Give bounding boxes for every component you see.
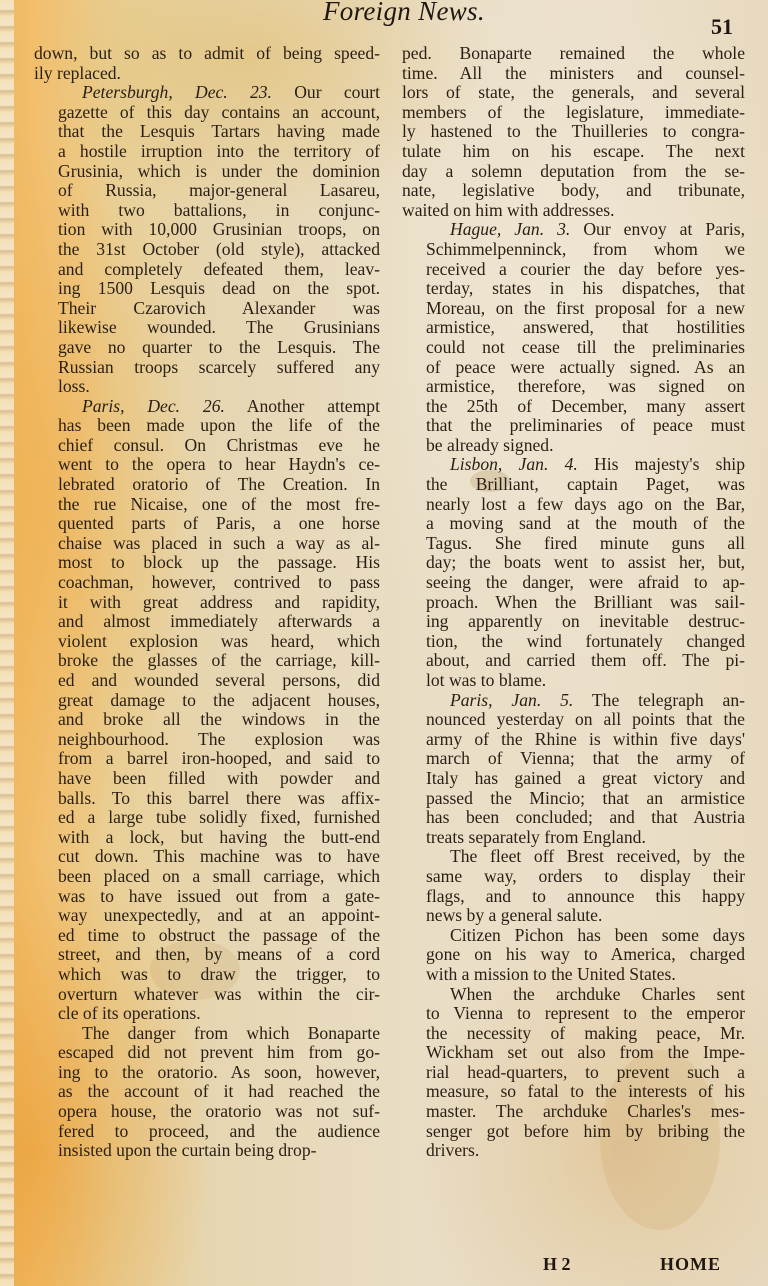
news-paragraph: The fleet off Brest received, by thesame…: [402, 847, 745, 925]
line-text: with a mission to the United States.: [426, 964, 676, 984]
text-line: ed time to obstruct the passage of the: [34, 926, 380, 946]
line-text: to Vienna to represent to the emperor: [426, 1003, 745, 1023]
line-text: loss.: [58, 376, 90, 396]
line-text: coachman, however, contrived to pass: [58, 572, 380, 592]
text-line: opera house, the oratorio was not suf-: [34, 1102, 380, 1122]
line-text: Our envoy at Paris,: [570, 219, 745, 239]
text-line: from a barrel iron-hooped, and said to: [34, 749, 380, 769]
news-paragraph: Citizen Pichon has been some daysgone on…: [402, 926, 745, 985]
line-text: day a solemn deputation from the se-: [402, 161, 745, 181]
line-text: Tagus. She fired minute guns all: [426, 533, 745, 553]
text-line: chief consul. On Christmas eve he: [34, 436, 380, 456]
line-text: most to block up the passage. His: [58, 552, 380, 572]
text-line: and completely defeated them, leav-: [34, 260, 380, 280]
text-line: has been concluded; and that Austria: [402, 808, 745, 828]
line-text: lot was to blame.: [426, 670, 546, 690]
text-line: nounced yesterday on all points that the: [402, 710, 745, 730]
text-line: great damage to the adjacent houses,: [34, 691, 380, 711]
line-text: ped. Bonaparte remained the whole: [402, 43, 745, 63]
text-line: nearly lost a few days ago on the Bar,: [402, 495, 745, 515]
line-text: a moving sand at the mouth of the: [426, 513, 745, 533]
line-text: went to the opera to hear Haydn's ce-: [58, 454, 380, 474]
line-text: passed the Mincio; that an armistice: [426, 788, 745, 808]
line-text: The telegraph an-: [573, 690, 745, 710]
text-line: lot was to blame.: [402, 671, 745, 691]
line-text: same way, orders to display their: [426, 866, 745, 886]
text-line: ed a large tube solidly fixed, furnished: [34, 808, 380, 828]
line-text: waited on him with addresses.: [402, 200, 615, 220]
line-text: which was to draw the trigger, to: [58, 964, 380, 984]
line-text: the rue Nicaise, one of the most fre-: [58, 494, 380, 514]
text-line: Russian troops scarcely suffered any: [34, 358, 380, 378]
line-text: with a lock, but having the butt-end: [58, 827, 380, 847]
line-text: time. All the ministers and counsel-: [402, 63, 745, 83]
line-text: that the Lesquis Tartars having made: [58, 121, 380, 141]
text-line: likewise wounded. The Grusinians: [34, 318, 380, 338]
text-line: a moving sand at the mouth of the: [402, 514, 745, 534]
line-text: was to have issued out from a gate-: [58, 886, 380, 906]
news-paragraph: Hague, Jan. 3. Our envoy at Paris,Schimm…: [402, 220, 745, 455]
line-text: cle of its operations.: [58, 1003, 201, 1023]
text-line: The danger from which Bonaparte: [34, 1024, 380, 1044]
text-line: could not cease till the preliminaries: [402, 338, 745, 358]
text-line: the 25th of December, many assert: [402, 397, 745, 417]
text-line: to Vienna to represent to the emperor: [402, 1004, 745, 1024]
line-text: Our court: [272, 82, 380, 102]
text-line: went to the opera to hear Haydn's ce-: [34, 455, 380, 475]
line-text: armistice, therefore, was signed on: [426, 376, 745, 396]
line-text: ed time to obstruct the passage of the: [58, 925, 380, 945]
text-line: tulate him on his escape. The next: [402, 142, 745, 162]
text-line: down, but so as to admit of being speed-: [34, 44, 380, 64]
text-line: with two battalions, in conjunc-: [34, 201, 380, 221]
text-line: army of the Rhine is within five days': [402, 730, 745, 750]
line-text: Schimmelpenninck, from whom we: [426, 239, 745, 259]
line-text: with two battalions, in conjunc-: [58, 200, 380, 220]
text-line: balls. To this barrel there was affix-: [34, 789, 380, 809]
text-line: most to block up the passage. His: [34, 553, 380, 573]
text-line: ily replaced.: [34, 64, 380, 84]
text-line: Citizen Pichon has been some days: [402, 926, 745, 946]
text-line: Their Czarovich Alexander was: [34, 299, 380, 319]
left-column: down, but so as to admit of being speed-…: [34, 44, 380, 1161]
line-text: opera house, the oratorio was not suf-: [58, 1101, 380, 1121]
text-line: drivers.: [402, 1141, 745, 1161]
text-line: treats separately from England.: [402, 828, 745, 848]
line-text: it with great address and rapidity,: [58, 592, 380, 612]
line-text: Citizen Pichon has been some days: [450, 925, 745, 945]
text-line: way unexpectedly, and at an appoint-: [34, 906, 380, 926]
line-text: has been concluded; and that Austria: [426, 807, 745, 827]
line-text: tulate him on his escape. The next: [402, 141, 745, 161]
page-number: 51: [711, 14, 733, 40]
text-line: broke the glasses of the carriage, kill-: [34, 651, 380, 671]
text-line: Moreau, on the first proposal for a new: [402, 299, 745, 319]
text-line: measure, so fatal to the interests of hi…: [402, 1082, 745, 1102]
line-text: ing to the oratorio. As soon, however,: [58, 1062, 380, 1082]
news-paragraph: The danger from which Bonaparteescaped d…: [34, 1024, 380, 1161]
line-text: likewise wounded. The Grusinians: [58, 317, 380, 337]
text-line: Petersburgh, Dec. 23. Our court: [34, 83, 380, 103]
text-line: tion with 10,000 Grusinian troops, on: [34, 220, 380, 240]
text-line: of peace were actually signed. As an: [402, 358, 745, 378]
line-text: be already signed.: [426, 435, 554, 455]
right-column: ped. Bonaparte remained the wholetime. A…: [402, 44, 745, 1161]
text-line: ing apparently on inevitable destruc-: [402, 612, 745, 632]
text-line: Paris, Dec. 26. Another attempt: [34, 397, 380, 417]
line-text: lors of state, the generals, and several: [402, 82, 745, 102]
text-line: escaped did not prevent him from go-: [34, 1043, 380, 1063]
line-text: the necessity of making peace, Mr.: [426, 1023, 745, 1043]
text-line: be already signed.: [402, 436, 745, 456]
line-text: been placed on a small carriage, which: [58, 866, 380, 886]
line-text: fered to proceed, and the audience: [58, 1121, 380, 1141]
line-text: great damage to the adjacent houses,: [58, 690, 380, 710]
text-line: senger got before him by bribing the: [402, 1122, 745, 1142]
line-text: nearly lost a few days ago on the Bar,: [426, 494, 745, 514]
text-line: armistice, answered, that hostilities: [402, 318, 745, 338]
line-text: treats separately from England.: [426, 827, 646, 847]
text-line: ped. Bonaparte remained the whole: [402, 44, 745, 64]
text-line: cut down. This machine was to have: [34, 847, 380, 867]
text-line: same way, orders to display their: [402, 867, 745, 887]
line-text: senger got before him by bribing the: [426, 1121, 745, 1141]
line-text: insisted upon the curtain being drop-: [58, 1140, 316, 1160]
text-line: flags, and to announce this happy: [402, 887, 745, 907]
text-line: about, and carried them off. The pi-: [402, 651, 745, 671]
line-text: a hostile irruption into the territory o…: [58, 141, 380, 161]
line-text: The danger from which Bonaparte: [82, 1023, 380, 1043]
text-line: news by a general salute.: [402, 906, 745, 926]
text-line: Tagus. She fired minute guns all: [402, 534, 745, 554]
text-line: overturn whatever was within the cir-: [34, 985, 380, 1005]
line-text: day; the boats went to assist her, but,: [426, 552, 745, 572]
text-line: the Brilliant, captain Paget, was: [402, 475, 745, 495]
text-line: the rue Nicaise, one of the most fre-: [34, 495, 380, 515]
line-text: Wickham set out also from the Impe-: [426, 1042, 745, 1062]
text-line: armistice, therefore, was signed on: [402, 377, 745, 397]
line-text: gave no quarter to the Lesquis. The: [58, 337, 380, 357]
line-text: balls. To this barrel there was affix-: [58, 788, 380, 808]
dateline: Lisbon, Jan. 4.: [450, 454, 578, 474]
text-line: violent explosion was heard, which: [34, 632, 380, 652]
line-text: the 25th of December, many assert: [426, 396, 745, 416]
news-paragraph: down, but so as to admit of being speed-…: [34, 44, 380, 83]
text-line: lebrated oratorio of The Creation. In: [34, 475, 380, 495]
text-line: received a courier the day before yes-: [402, 260, 745, 280]
text-line: seeing the danger, were afraid to ap-: [402, 573, 745, 593]
line-text: and completely defeated them, leav-: [58, 259, 380, 279]
text-line: terday, states in his dispatches, that: [402, 279, 745, 299]
line-text: Russian troops scarcely suffered any: [58, 357, 380, 377]
line-text: ing apparently on inevitable destruc-: [426, 611, 745, 631]
line-text: quented parts of Paris, a one horse: [58, 513, 380, 533]
adjacent-page-edge: [0, 0, 14, 1286]
text-line: been placed on a small carriage, which: [34, 867, 380, 887]
dateline: Petersburgh, Dec. 23.: [82, 82, 272, 102]
line-text: armistice, answered, that hostilities: [426, 317, 745, 337]
text-line: gave no quarter to the Lesquis. The: [34, 338, 380, 358]
text-line: which was to draw the trigger, to: [34, 965, 380, 985]
news-paragraph: When the archduke Charles sentto Vienna …: [402, 985, 745, 1161]
text-line: Schimmelpenninck, from whom we: [402, 240, 745, 260]
news-paragraph: Paris, Jan. 5. The telegraph an-nounced …: [402, 691, 745, 848]
line-text: ed a large tube solidly fixed, furnished: [58, 807, 380, 827]
text-line: coachman, however, contrived to pass: [34, 573, 380, 593]
line-text: Moreau, on the first proposal for a new: [426, 298, 745, 318]
running-head: Foreign News. 51: [0, 0, 768, 40]
line-text: about, and carried them off. The pi-: [426, 650, 745, 670]
line-text: chaise was placed in such a way as al-: [58, 533, 380, 553]
text-line: ly hastened to the Thuilleries to congra…: [402, 122, 745, 142]
line-text: from a barrel iron-hooped, and said to: [58, 748, 380, 768]
dateline: Hague, Jan. 3.: [450, 219, 570, 239]
text-line: Wickham set out also from the Impe-: [402, 1043, 745, 1063]
text-line: lors of state, the generals, and several: [402, 83, 745, 103]
text-line: Lisbon, Jan. 4. His majesty's ship: [402, 455, 745, 475]
dateline: Paris, Dec. 26.: [82, 396, 225, 416]
line-text: overturn whatever was within the cir-: [58, 984, 380, 1004]
text-line: Paris, Jan. 5. The telegraph an-: [402, 691, 745, 711]
text-line: loss.: [34, 377, 380, 397]
line-text: master. The archduke Charles's mes-: [426, 1101, 745, 1121]
text-line: members of the legislature, immediate-: [402, 103, 745, 123]
line-text: When the archduke Charles sent: [450, 984, 745, 1004]
line-text: and almost immediately afterwards a: [58, 611, 380, 631]
line-text: violent explosion was heard, which: [58, 631, 380, 651]
text-line: neighbourhood. The explosion was: [34, 730, 380, 750]
line-text: as the account of it had reached the: [58, 1081, 380, 1101]
text-line: Grusinia, which is under the dominion: [34, 162, 380, 182]
text-line: day a solemn deputation from the se-: [402, 162, 745, 182]
line-text: tion, the wind fortunately changed: [426, 631, 745, 651]
text-line: was to have issued out from a gate-: [34, 887, 380, 907]
line-text: seeing the danger, were afraid to ap-: [426, 572, 745, 592]
line-text: cut down. This machine was to have: [58, 846, 380, 866]
line-text: ily replaced.: [34, 63, 121, 83]
text-line: it with great address and rapidity,: [34, 593, 380, 613]
line-text: gazette of this day contains an account,: [58, 102, 380, 122]
line-text: ly hastened to the Thuilleries to congra…: [402, 121, 745, 141]
text-line: proach. When the Brilliant was sail-: [402, 593, 745, 613]
text-line: with a mission to the United States.: [402, 965, 745, 985]
text-line: that the Lesquis Tartars having made: [34, 122, 380, 142]
line-text: street, and then, by means of a cord: [58, 944, 380, 964]
text-line: and broke all the windows in the: [34, 710, 380, 730]
line-text: Another attempt: [225, 396, 380, 416]
line-text: chief consul. On Christmas eve he: [58, 435, 380, 455]
text-line: march of Vienna; that the army of: [402, 749, 745, 769]
text-line: day; the boats went to assist her, but,: [402, 553, 745, 573]
line-text: march of Vienna; that the army of: [426, 748, 745, 768]
text-line: of Russia, major-general Lasareu,: [34, 181, 380, 201]
text-line: has been made upon the life of the: [34, 416, 380, 436]
line-text: has been made upon the life of the: [58, 415, 380, 435]
text-line: time. All the ministers and counsel-: [402, 64, 745, 84]
signature-mark: H 2: [543, 1254, 571, 1275]
line-text: nounced yesterday on all points that the: [426, 709, 745, 729]
line-text: the 31st October (old style), attacked: [58, 239, 380, 259]
text-line: nate, legislative body, and tribunate,: [402, 181, 745, 201]
text-line: have been filled with powder and: [34, 769, 380, 789]
news-paragraph: Petersburgh, Dec. 23. Our courtgazette o…: [34, 83, 380, 397]
text-line: chaise was placed in such a way as al-: [34, 534, 380, 554]
text-line: The fleet off Brest received, by the: [402, 847, 745, 867]
news-paragraph: ped. Bonaparte remained the wholetime. A…: [402, 44, 745, 220]
line-text: the Brilliant, captain Paget, was: [426, 474, 745, 494]
running-title: Foreign News.: [323, 0, 485, 27]
text-line: gazette of this day contains an account,: [34, 103, 380, 123]
text-line: Italy has gained a great victory and: [402, 769, 745, 789]
line-text: that the preliminaries of peace must: [426, 415, 745, 435]
line-text: lebrated oratorio of The Creation. In: [58, 474, 380, 494]
line-text: down, but so as to admit of being speed-: [34, 43, 380, 63]
line-text: Italy has gained a great victory and: [426, 768, 745, 788]
news-paragraph: Paris, Dec. 26. Another attempthas been …: [34, 397, 380, 1024]
line-text: Their Czarovich Alexander was: [58, 298, 380, 318]
text-line: a hostile irruption into the territory o…: [34, 142, 380, 162]
line-text: of peace were actually signed. As an: [426, 357, 745, 377]
line-text: nate, legislative body, and tribunate,: [402, 180, 745, 200]
line-text: ed and wounded several persons, did: [58, 670, 380, 690]
line-text: have been filled with powder and: [58, 768, 380, 788]
text-line: passed the Mincio; that an armistice: [402, 789, 745, 809]
line-text: could not cease till the preliminaries: [426, 337, 745, 357]
text-line: Hague, Jan. 3. Our envoy at Paris,: [402, 220, 745, 240]
text-line: quented parts of Paris, a one horse: [34, 514, 380, 534]
line-text: tion with 10,000 Grusinian troops, on: [58, 219, 380, 239]
line-text: members of the legislature, immediate-: [402, 102, 745, 122]
line-text: way unexpectedly, and at an appoint-: [58, 905, 380, 925]
text-line: insisted upon the curtain being drop-: [34, 1141, 380, 1161]
text-line: ing to the oratorio. As soon, however,: [34, 1063, 380, 1083]
line-text: The fleet off Brest received, by the: [450, 846, 745, 866]
text-line: that the preliminaries of peace must: [402, 416, 745, 436]
line-text: news by a general salute.: [426, 905, 602, 925]
line-text: measure, so fatal to the interests of hi…: [426, 1081, 745, 1101]
catchword: HOME: [660, 1254, 721, 1275]
line-text: neighbourhood. The explosion was: [58, 729, 380, 749]
text-line: tion, the wind fortunately changed: [402, 632, 745, 652]
text-line: street, and then, by means of a cord: [34, 945, 380, 965]
line-text: received a courier the day before yes-: [426, 259, 745, 279]
text-line: rial head-quarters, to prevent such a: [402, 1063, 745, 1083]
text-line: the necessity of making peace, Mr.: [402, 1024, 745, 1044]
line-text: terday, states in his dispatches, that: [426, 278, 745, 298]
line-text: army of the Rhine is within five days': [426, 729, 745, 749]
text-line: ing 1500 Lesquis dead on the spot.: [34, 279, 380, 299]
text-line: as the account of it had reached the: [34, 1082, 380, 1102]
text-line: with a lock, but having the butt-end: [34, 828, 380, 848]
dateline: Paris, Jan. 5.: [450, 690, 573, 710]
line-text: drivers.: [426, 1140, 479, 1160]
line-text: rial head-quarters, to prevent such a: [426, 1062, 745, 1082]
line-text: and broke all the windows in the: [58, 709, 380, 729]
line-text: broke the glasses of the carriage, kill-: [58, 650, 380, 670]
text-line: the 31st October (old style), attacked: [34, 240, 380, 260]
line-text: proach. When the Brilliant was sail-: [426, 592, 745, 612]
line-text: ing 1500 Lesquis dead on the spot.: [58, 278, 380, 298]
line-text: His majesty's ship: [578, 454, 745, 474]
line-text: Grusinia, which is under the dominion: [58, 161, 380, 181]
text-line: master. The archduke Charles's mes-: [402, 1102, 745, 1122]
line-text: escaped did not prevent him from go-: [58, 1042, 380, 1062]
text-line: When the archduke Charles sent: [402, 985, 745, 1005]
page-footer: H 2 HOME: [0, 1254, 768, 1284]
text-line: gone on his way to America, charged: [402, 945, 745, 965]
line-text: of Russia, major-general Lasareu,: [58, 180, 380, 200]
text-line: ed and wounded several persons, did: [34, 671, 380, 691]
news-paragraph: Lisbon, Jan. 4. His majesty's shipthe Br…: [402, 455, 745, 690]
text-line: and almost immediately afterwards a: [34, 612, 380, 632]
text-line: waited on him with addresses.: [402, 201, 745, 221]
text-line: cle of its operations.: [34, 1004, 380, 1024]
line-text: gone on his way to America, charged: [426, 944, 745, 964]
line-text: flags, and to announce this happy: [426, 886, 745, 906]
text-line: fered to proceed, and the audience: [34, 1122, 380, 1142]
